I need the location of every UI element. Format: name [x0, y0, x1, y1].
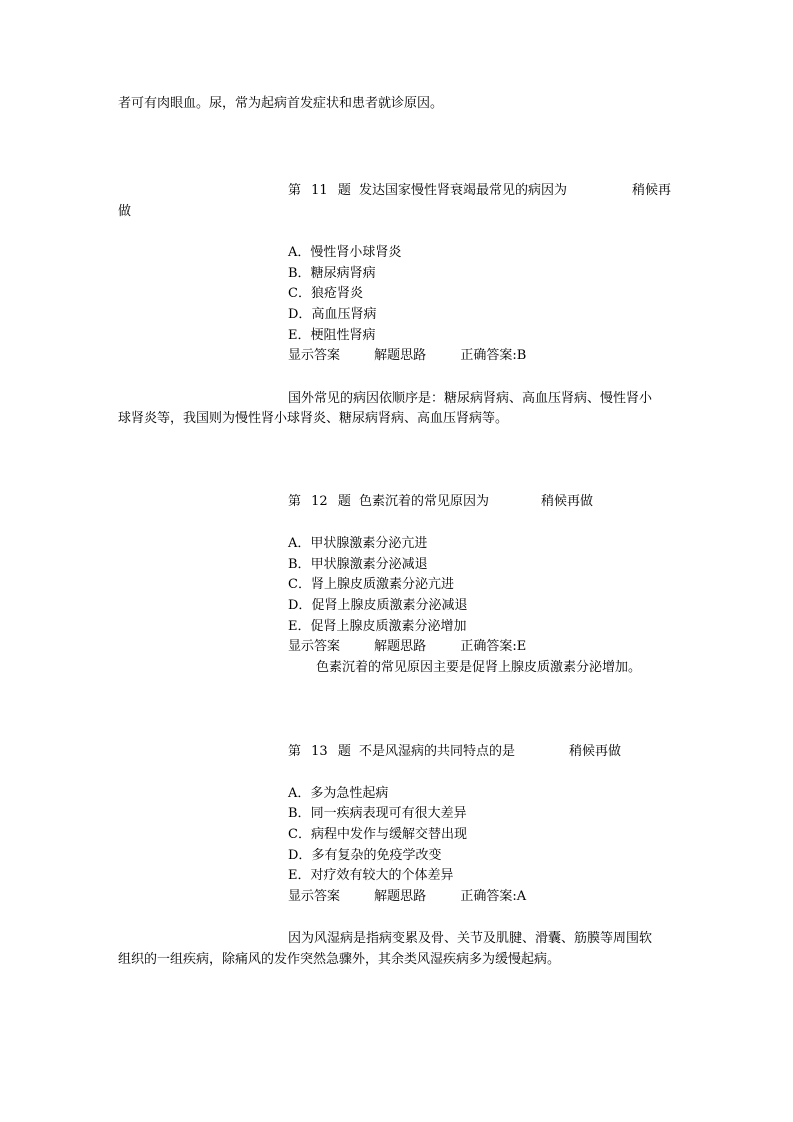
option-d[interactable]: D．多有复杂的免疫学改变: [288, 848, 441, 864]
option-text: 梗阻性肾病: [311, 328, 376, 343]
question-number-label: 第: [288, 744, 301, 759]
explanation-text-line1: 色素沉着的常见原因主要是促肾上腺皮质激素分泌增加。: [316, 660, 641, 676]
option-letter: A．: [288, 536, 310, 551]
explanation-text-line2: 球肾炎等，我国则为慢性肾小球肾炎、糖尿病肾病、高血压肾病等。: [118, 411, 508, 427]
correct-answer: 正确答案:A: [460, 889, 526, 904]
redo-later-link[interactable]: 稍候再: [632, 183, 671, 199]
option-letter: E．: [288, 619, 311, 634]
option-letter: B．: [288, 557, 311, 572]
option-letter: D．: [288, 307, 311, 322]
question-stem: 发达国家慢性肾衰竭最常见的病因为: [359, 183, 567, 198]
redo-later-link[interactable]: 稍候再做: [569, 744, 621, 760]
option-text: 糖尿病肾病: [311, 266, 376, 281]
question-stem: 色素沉着的常见原因为: [359, 494, 489, 509]
option-letter: E．: [288, 868, 311, 883]
option-e[interactable]: E．促肾上腺皮质激素分泌增加: [288, 619, 467, 635]
explanation-text-line1: 因为风湿病是指病变累及骨、关节及肌腱、滑囊、筋膜等周围软: [288, 931, 652, 947]
answer-row: 显示答案 解题思路 正确答案:A: [288, 889, 526, 905]
redo-later-link[interactable]: 稍候再做: [541, 494, 593, 510]
option-c[interactable]: C．病程中发作与缓解交替出现: [288, 827, 467, 843]
option-text: 甲状腺激素分泌减退: [311, 557, 428, 572]
option-text: 狼疮肾炎: [311, 286, 363, 301]
explanation-link[interactable]: 解题思路: [374, 889, 426, 904]
redo-later-link-wrap[interactable]: 做: [118, 204, 131, 220]
option-text: 促肾上腺皮质激素分泌增加: [311, 619, 467, 634]
option-e[interactable]: E．梗阻性肾病: [288, 328, 376, 344]
question-stem: 不是风湿病的共同特点的是: [359, 744, 515, 759]
option-a[interactable]: A．甲状腺激素分泌亢进: [288, 536, 427, 552]
option-text: 多为急性起病: [310, 786, 388, 801]
option-text: 肾上腺皮质激素分泌亢进: [311, 577, 454, 592]
intro-text: 者可有肉眼血。尿，常为起病首发症状和患者就诊原因。: [118, 96, 443, 112]
option-a[interactable]: A．多为急性起病: [288, 786, 388, 802]
option-text: 病程中发作与缓解交替出现: [311, 827, 467, 842]
option-a[interactable]: A．慢性肾小球肾炎: [288, 245, 401, 261]
option-letter: D．: [288, 598, 311, 613]
question-title: 第 11 题 发达国家慢性肾衰竭最常见的病因为: [288, 183, 567, 199]
option-letter: B．: [288, 266, 311, 281]
question-number: 13: [311, 744, 328, 759]
option-text: 多有复杂的免疫学改变: [311, 848, 441, 863]
option-b[interactable]: B．糖尿病肾病: [288, 266, 376, 282]
answer-row: 显示答案 解题思路 正确答案:B: [288, 348, 526, 364]
correct-answer: 正确答案:B: [460, 348, 526, 363]
option-letter: C．: [288, 286, 311, 301]
option-text: 慢性肾小球肾炎: [310, 245, 401, 260]
option-c[interactable]: C．狼疮肾炎: [288, 286, 363, 302]
explanation-text-line2: 组织的一组疾病，除痛风的发作突然急骤外，其余类风湿疾病多为缓慢起病。: [118, 952, 560, 968]
show-answer-link[interactable]: 显示答案: [288, 889, 340, 904]
show-answer-link[interactable]: 显示答案: [288, 639, 340, 654]
option-b[interactable]: B．甲状腺激素分泌减退: [288, 557, 428, 573]
option-text: 甲状腺激素分泌亢进: [310, 536, 427, 551]
question-number-suffix: 题: [338, 183, 351, 198]
question-number-suffix: 题: [338, 494, 351, 509]
explanation-text-line1: 国外常见的病因依顺序是：糖尿病肾病、高血压肾病、慢性肾小: [288, 391, 652, 407]
question-number-label: 第: [288, 183, 301, 198]
option-letter: C．: [288, 577, 311, 592]
option-letter: E．: [288, 328, 311, 343]
option-d[interactable]: D．高血压肾病: [288, 307, 376, 323]
option-letter: D．: [288, 848, 311, 863]
option-c[interactable]: C．肾上腺皮质激素分泌亢进: [288, 577, 454, 593]
option-text: 促肾上腺皮质激素分泌减退: [311, 598, 467, 613]
question-title: 第 12 题 色素沉着的常见原因为: [288, 494, 489, 510]
option-letter: C．: [288, 827, 311, 842]
option-text: 对疗效有较大的个体差异: [311, 868, 454, 883]
question-number: 11: [311, 183, 328, 198]
option-b[interactable]: B．同一疾病表现可有很大差异: [288, 806, 467, 822]
question-number-label: 第: [288, 494, 301, 509]
explanation-link[interactable]: 解题思路: [374, 639, 426, 654]
option-d[interactable]: D．促肾上腺皮质激素分泌减退: [288, 598, 467, 614]
question-title: 第 13 题 不是风湿病的共同特点的是: [288, 744, 515, 760]
option-letter: B．: [288, 806, 311, 821]
correct-answer: 正确答案:E: [460, 639, 526, 654]
show-answer-link[interactable]: 显示答案: [288, 348, 340, 363]
option-text: 高血压肾病: [311, 307, 376, 322]
option-e[interactable]: E．对疗效有较大的个体差异: [288, 868, 454, 884]
answer-row: 显示答案 解题思路 正确答案:E: [288, 639, 526, 655]
explanation-link[interactable]: 解题思路: [374, 348, 426, 363]
question-number-suffix: 题: [338, 744, 351, 759]
option-letter: A．: [288, 245, 310, 260]
option-letter: A．: [288, 786, 310, 801]
question-number: 12: [311, 494, 328, 509]
option-text: 同一疾病表现可有很大差异: [311, 806, 467, 821]
